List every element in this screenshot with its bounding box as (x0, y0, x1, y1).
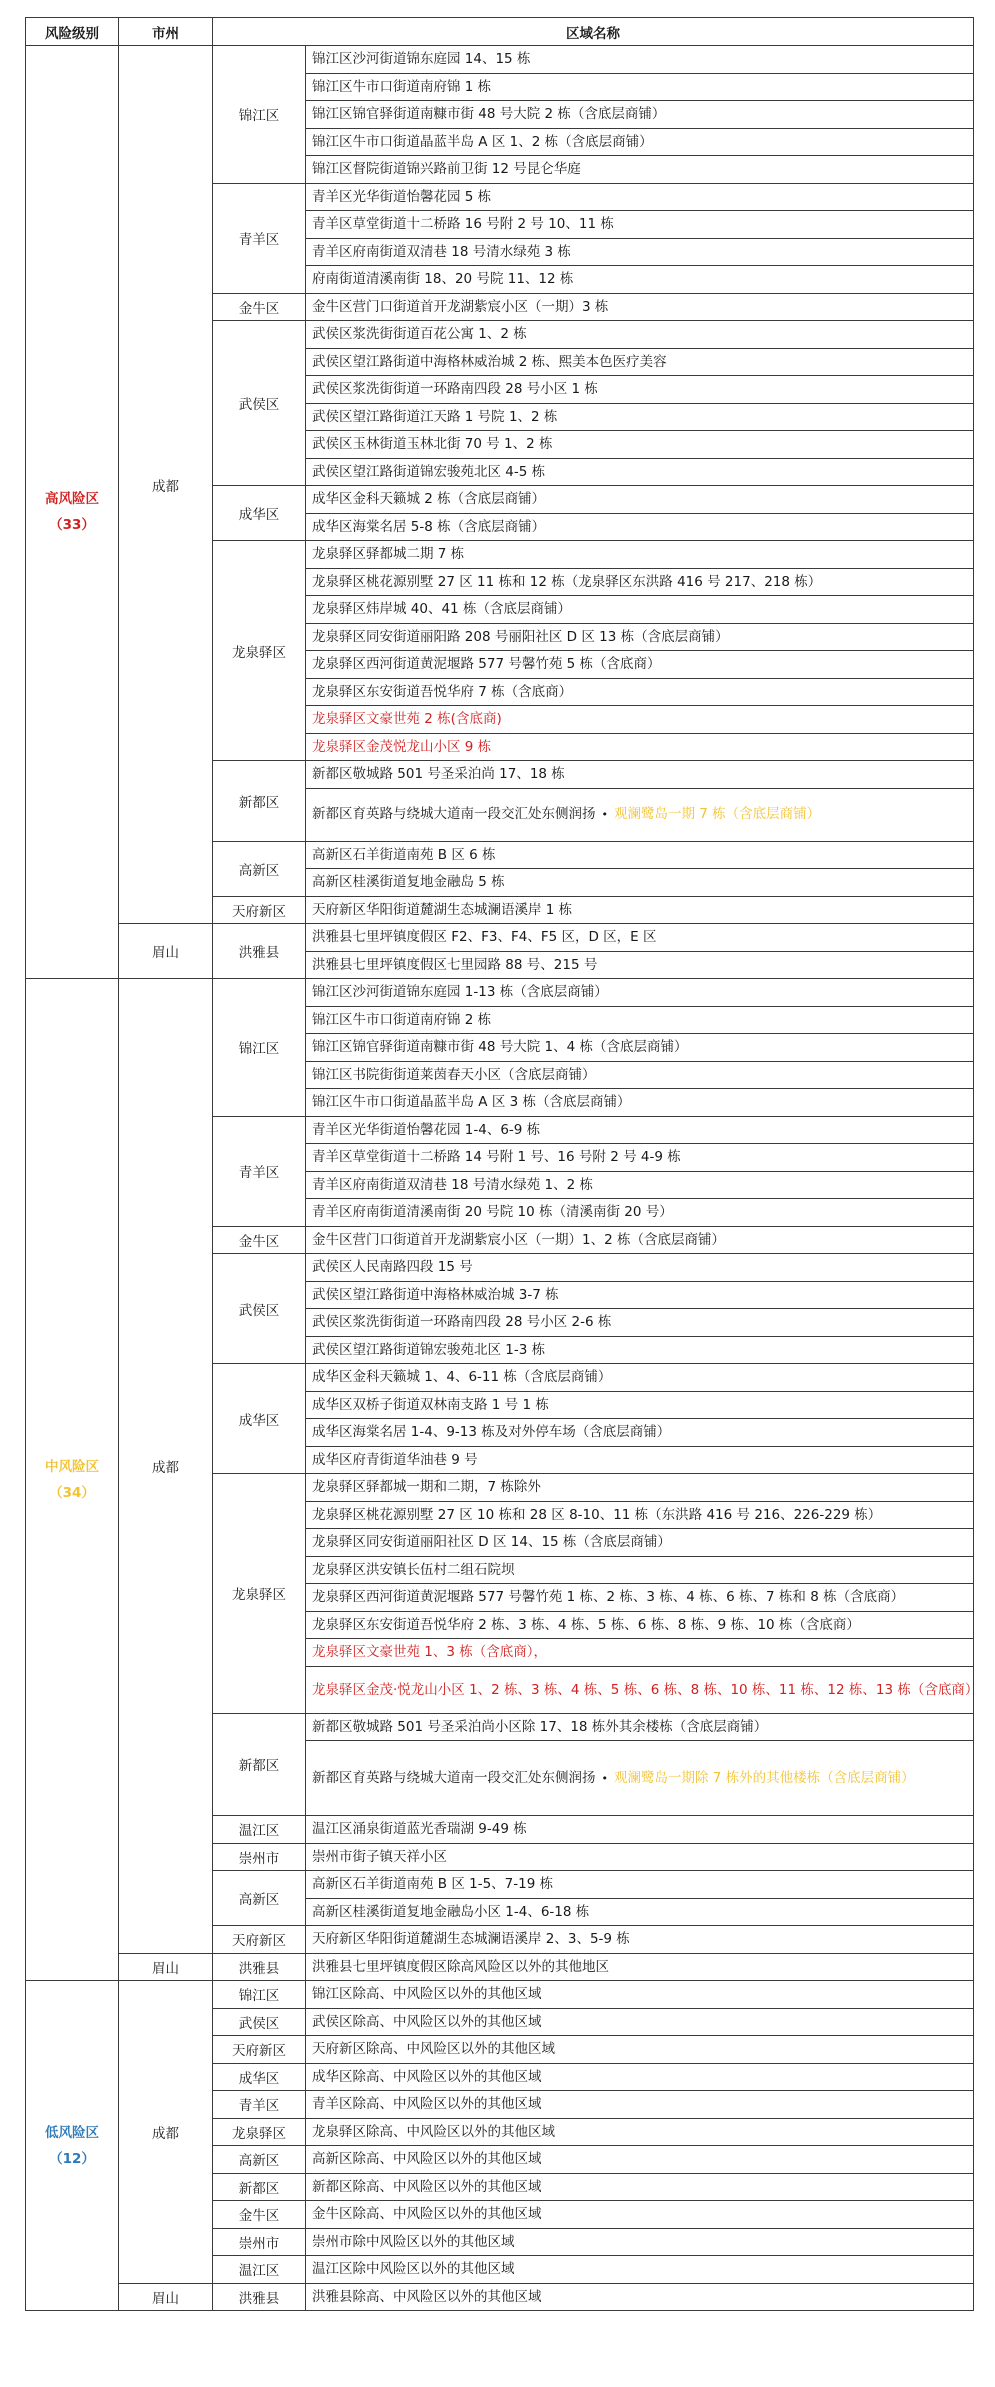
district-cell: 高新区 (213, 2146, 306, 2174)
area-cell: 龙泉驿区同安街道丽阳路 208 号丽阳社区 D 区 13 栋（含底层商铺） (306, 623, 974, 651)
area-cell: 龙泉驿区驿都城二期 7 栋 (306, 541, 974, 569)
city-meishan: 眉山 (119, 2283, 213, 2311)
area-cell-highlight: 龙泉驿区文豪世苑 1、3 栋（含底商）， (306, 1639, 974, 1667)
area-cell: 龙泉驿区炜岸城 40、41 栋（含底层商铺） (306, 596, 974, 624)
district-wuhou: 武侯区 (213, 321, 306, 486)
area-text-highlight: 观澜鹭岛一期 7 栋（含底层商铺） (614, 806, 820, 822)
area-cell: 锦江区牛市口街道晶蓝半岛 A 区 1、2 栋（含底层商铺） (306, 128, 974, 156)
district-cell: 武侯区 (213, 2008, 306, 2036)
district-jinniu: 金牛区 (213, 1226, 306, 1254)
risk-level-low: 低风险区 （12） (26, 1981, 119, 2311)
area-cell: 锦江区除高、中风险区以外的其他区域 (306, 1981, 974, 2009)
area-cell: 洪雅县七里坪镇度假区七里园路 88 号、215 号 (306, 951, 974, 979)
area-cell-mixed: 新都区育英路与绕城大道南一段交汇处东侧润扬•观澜鹭岛一期除 7 栋外的其他楼栋（… (306, 1741, 974, 1816)
district-chenghua: 成华区 (213, 1364, 306, 1474)
district-cell: 洪雅县 (213, 2283, 306, 2311)
area-cell: 龙泉驿区东安街道吾悦华府 7 栋（含底商） (306, 678, 974, 706)
area-cell: 金牛区除高、中风险区以外的其他区域 (306, 2201, 974, 2229)
area-cell: 成华区府青街道华油巷 9 号 (306, 1446, 974, 1474)
area-cell: 龙泉驿区同安街道丽阳社区 D 区 14、15 栋（含底层商铺） (306, 1529, 974, 1557)
area-cell: 温江区除中风险区以外的其他区域 (306, 2256, 974, 2284)
table-row: 眉山 洪雅县 洪雅县除高、中风险区以外的其他区域 (26, 2283, 974, 2311)
area-cell: 武侯区望江路街道锦宏骏苑北区 1-3 栋 (306, 1336, 974, 1364)
district-wuhou: 武侯区 (213, 1254, 306, 1364)
header-risk-level: 风险级别 (26, 18, 119, 46)
district-xindu: 新都区 (213, 1713, 306, 1816)
area-cell: 武侯区人民南路四段 15 号 (306, 1254, 974, 1282)
header-area-name: 区域名称 (213, 18, 974, 46)
area-cell: 天府新区华阳街道麓湖生态城澜语溪岸 2、3、5-9 栋 (306, 1926, 974, 1954)
district-hongya: 洪雅县 (213, 924, 306, 979)
risk-level-label: 低风险区 (26, 2120, 118, 2146)
area-cell: 龙泉驿区桃花源别墅 27 区 10 栋和 28 区 8-10、11 栋（东洪路 … (306, 1501, 974, 1529)
area-cell: 青羊区光华街道怡馨花园 1-4、6-9 栋 (306, 1116, 974, 1144)
area-cell: 锦江区书院街街道莱茵春天小区（含底层商铺） (306, 1061, 974, 1089)
area-cell: 崇州市街子镇天祥小区 (306, 1843, 974, 1871)
area-cell: 新都区敬城路 501 号圣采泊尚小区除 17、18 栋外其余楼栋（含底层商铺） (306, 1713, 974, 1741)
area-cell: 龙泉驿区东安街道吾悦华府 2 栋、3 栋、4 栋、5 栋、6 栋、8 栋、9 栋… (306, 1611, 974, 1639)
district-chongzhou: 崇州市 (213, 1843, 306, 1871)
district-xindu: 新都区 (213, 761, 306, 842)
area-cell: 成华区双桥子街道双林南支路 1 号 1 栋 (306, 1391, 974, 1419)
header-city: 市州 (119, 18, 213, 46)
area-cell-highlight: 龙泉驿区文豪世苑 2 栋(含底商) (306, 706, 974, 734)
header-row: 风险级别 市州 区域名称 (26, 18, 974, 46)
district-cell: 龙泉驿区 (213, 2118, 306, 2146)
area-cell: 龙泉驿区除高、中风险区以外的其他区域 (306, 2118, 974, 2146)
district-wenjiang: 温江区 (213, 1816, 306, 1844)
risk-level-medium: 中风险区 （34） (26, 979, 119, 1981)
area-cell: 天府新区除高、中风险区以外的其他区域 (306, 2036, 974, 2064)
area-cell: 锦江区锦官驿街道南糠市街 48 号大院 2 栋（含底层商铺） (306, 101, 974, 129)
area-cell: 洪雅县七里坪镇度假区 F2、F3、F4、F5 区，D 区，E 区 (306, 924, 974, 952)
risk-area-table: 风险级别 市州 区域名称 高风险区 （33） 成都 锦江区 锦江区沙河街道锦东庭… (25, 17, 974, 2311)
district-cell: 新都区 (213, 2173, 306, 2201)
area-text: 新都区育英路与绕城大道南一段交汇处东侧润扬 (312, 1770, 596, 1786)
district-jinniu: 金牛区 (213, 293, 306, 321)
table-row: 高风险区 （33） 成都 锦江区 锦江区沙河街道锦东庭园 14、15 栋 (26, 46, 974, 74)
district-tianfu: 天府新区 (213, 1926, 306, 1954)
area-cell: 洪雅县七里坪镇度假区除高风险区以外的其他地区 (306, 1953, 974, 1981)
area-cell: 龙泉驿区桃花源别墅 27 区 11 栋和 12 栋（龙泉驿区东洪路 416 号 … (306, 568, 974, 596)
area-cell: 武侯区浆洗街街道一环路南四段 28 号小区 2-6 栋 (306, 1309, 974, 1337)
area-cell: 新都区敬城路 501 号圣采泊尚 17、18 栋 (306, 761, 974, 789)
area-cell: 青羊区光华街道怡馨花园 5 栋 (306, 183, 974, 211)
district-gaoxin: 高新区 (213, 1871, 306, 1926)
area-cell: 青羊区草堂街道十二桥路 16 号附 2 号 10、11 栋 (306, 211, 974, 239)
area-cell: 武侯区望江路街道中海格林威治城 2 栋、熙美本色医疗美容 (306, 348, 974, 376)
area-cell: 成华区除高、中风险区以外的其他区域 (306, 2063, 974, 2091)
bullet-icon: • (602, 808, 609, 821)
area-cell: 锦江区锦官驿街道南糠市街 48 号大院 1、4 栋（含底层商铺） (306, 1034, 974, 1062)
risk-level-count: （34） (26, 1480, 118, 1506)
district-cell: 崇州市 (213, 2228, 306, 2256)
area-cell: 锦江区沙河街道锦东庭园 14、15 栋 (306, 46, 974, 74)
district-jinjiang: 锦江区 (213, 46, 306, 184)
area-cell: 锦江区牛市口街道晶蓝半岛 A 区 3 栋（含底层商铺） (306, 1089, 974, 1117)
district-hongya: 洪雅县 (213, 1953, 306, 1981)
area-cell: 成华区金科天籁城 2 栋（含底层商铺） (306, 486, 974, 514)
district-cell: 青羊区 (213, 2091, 306, 2119)
area-cell: 锦江区沙河街道锦东庭园 1-13 栋（含底层商铺） (306, 979, 974, 1007)
risk-level-count: （33） (26, 512, 118, 538)
district-cell: 金牛区 (213, 2201, 306, 2229)
area-cell: 武侯区浆洗街街道百花公寓 1、2 栋 (306, 321, 974, 349)
area-cell: 武侯区玉林街道玉林北街 70 号 1、2 栋 (306, 431, 974, 459)
area-cell: 武侯区望江路街道中海格林威治城 3-7 栋 (306, 1281, 974, 1309)
city-chengdu: 成都 (119, 1981, 213, 2284)
risk-level-label: 高风险区 (26, 486, 118, 512)
area-cell: 龙泉驿区驿都城一期和二期，7 栋除外 (306, 1474, 974, 1502)
area-cell: 龙泉驿区西河街道黄泥堰路 577 号馨竹苑 5 栋（含底商） (306, 651, 974, 679)
area-cell: 青羊区府南街道双清巷 18 号清水绿苑 1、2 栋 (306, 1171, 974, 1199)
area-cell: 青羊区府南街道双清巷 18 号清水绿苑 3 栋 (306, 238, 974, 266)
district-gaoxin: 高新区 (213, 841, 306, 896)
risk-level-count: （12） (26, 2146, 118, 2172)
table-row: 低风险区 （12） 成都 锦江区 锦江区除高、中风险区以外的其他区域 (26, 1981, 974, 2009)
area-cell: 温江区涌泉街道蓝光香瑞湖 9-49 栋 (306, 1816, 974, 1844)
city-meishan: 眉山 (119, 1953, 213, 1981)
area-cell: 龙泉驿区西河街道黄泥堰路 577 号馨竹苑 1 栋、2 栋、3 栋、4 栋、6 … (306, 1584, 974, 1612)
risk-level-label: 中风险区 (26, 1454, 118, 1480)
area-cell: 高新区除高、中风险区以外的其他区域 (306, 2146, 974, 2174)
district-qingyang: 青羊区 (213, 1116, 306, 1226)
table-row: 眉山 洪雅县 洪雅县七里坪镇度假区除高风险区以外的其他地区 (26, 1953, 974, 1981)
bullet-icon: • (602, 1772, 609, 1785)
area-cell: 天府新区华阳街道麓湖生态城澜语溪岸 1 栋 (306, 896, 974, 924)
risk-level-high: 高风险区 （33） (26, 46, 119, 979)
district-cell: 成华区 (213, 2063, 306, 2091)
district-cell: 锦江区 (213, 1981, 306, 2009)
district-cell: 温江区 (213, 2256, 306, 2284)
district-longquanyi: 龙泉驿区 (213, 541, 306, 761)
area-cell: 锦江区督院街道锦兴路前卫街 12 号昆仑华庭 (306, 156, 974, 184)
city-chengdu: 成都 (119, 46, 213, 924)
area-cell: 武侯区除高、中风险区以外的其他区域 (306, 2008, 974, 2036)
area-cell: 高新区石羊街道南苑 B 区 6 栋 (306, 841, 974, 869)
area-cell: 新都区除高、中风险区以外的其他区域 (306, 2173, 974, 2201)
area-cell: 高新区桂溪街道复地金融岛小区 1-4、6-18 栋 (306, 1898, 974, 1926)
table-row: 中风险区 （34） 成都 锦江区 锦江区沙河街道锦东庭园 1-13 栋（含底层商… (26, 979, 974, 1007)
area-cell: 府南街道清溪南街 18、20 号院 11、12 栋 (306, 266, 974, 294)
district-cell: 天府新区 (213, 2036, 306, 2064)
area-cell: 金牛区营门口街道首开龙湖紫宸小区（一期）1、2 栋（含底层商铺） (306, 1226, 974, 1254)
table-row: 眉山 洪雅县 洪雅县七里坪镇度假区 F2、F3、F4、F5 区，D 区，E 区 (26, 924, 974, 952)
city-chengdu: 成都 (119, 979, 213, 1954)
area-cell: 青羊区草堂街道十二桥路 14 号附 1 号、16 号附 2 号 4-9 栋 (306, 1144, 974, 1172)
district-tianfu: 天府新区 (213, 896, 306, 924)
area-text: 新都区育英路与绕城大道南一段交汇处东侧润扬 (312, 806, 596, 822)
area-cell: 锦江区牛市口街道南府锦 2 栋 (306, 1006, 974, 1034)
area-cell: 青羊区府南街道清溪南街 20 号院 10 栋（清溪南街 20 号） (306, 1199, 974, 1227)
area-cell: 金牛区营门口街道首开龙湖紫宸小区（一期）3 栋 (306, 293, 974, 321)
area-cell: 龙泉驿区洪安镇长伍村二组石院坝 (306, 1556, 974, 1584)
area-cell: 高新区石羊街道南苑 B 区 1-5、7-19 栋 (306, 1871, 974, 1899)
district-chenghua: 成华区 (213, 486, 306, 541)
area-cell: 成华区海棠名居 5-8 栋（含底层商铺） (306, 513, 974, 541)
area-cell: 武侯区浆洗街街道一环路南四段 28 号小区 1 栋 (306, 376, 974, 404)
district-qingyang: 青羊区 (213, 183, 306, 293)
area-cell-mixed: 新都区育英路与绕城大道南一段交汇处东侧润扬•观澜鹭岛一期 7 栋（含底层商铺） (306, 788, 974, 841)
district-longquanyi: 龙泉驿区 (213, 1474, 306, 1714)
area-cell: 锦江区牛市口街道南府锦 1 栋 (306, 73, 974, 101)
area-cell-highlight: 龙泉驿区金茂悦龙山小区 9 栋 (306, 733, 974, 761)
area-cell: 青羊区除高、中风险区以外的其他区域 (306, 2091, 974, 2119)
area-cell: 武侯区望江路街道江天路 1 号院 1、2 栋 (306, 403, 974, 431)
area-cell: 崇州市除中风险区以外的其他区域 (306, 2228, 974, 2256)
area-cell: 洪雅县除高、中风险区以外的其他区域 (306, 2283, 974, 2311)
district-jinjiang: 锦江区 (213, 979, 306, 1117)
area-text-highlight: 观澜鹭岛一期除 7 栋外的其他楼栋（含底层商铺） (614, 1770, 915, 1786)
city-meishan: 眉山 (119, 924, 213, 979)
area-cell: 成华区金科天籁城 1、4、6-11 栋（含底层商铺） (306, 1364, 974, 1392)
area-cell-highlight: 龙泉驿区金茂·悦龙山小区 1、2 栋、3 栋、4 栋、5 栋、6 栋、8 栋、1… (306, 1666, 974, 1713)
area-cell: 成华区海棠名居 1-4、9-13 栋及对外停车场（含底层商铺） (306, 1419, 974, 1447)
area-cell: 武侯区望江路街道锦宏骏苑北区 4-5 栋 (306, 458, 974, 486)
area-cell: 高新区桂溪街道复地金融岛 5 栋 (306, 869, 974, 897)
